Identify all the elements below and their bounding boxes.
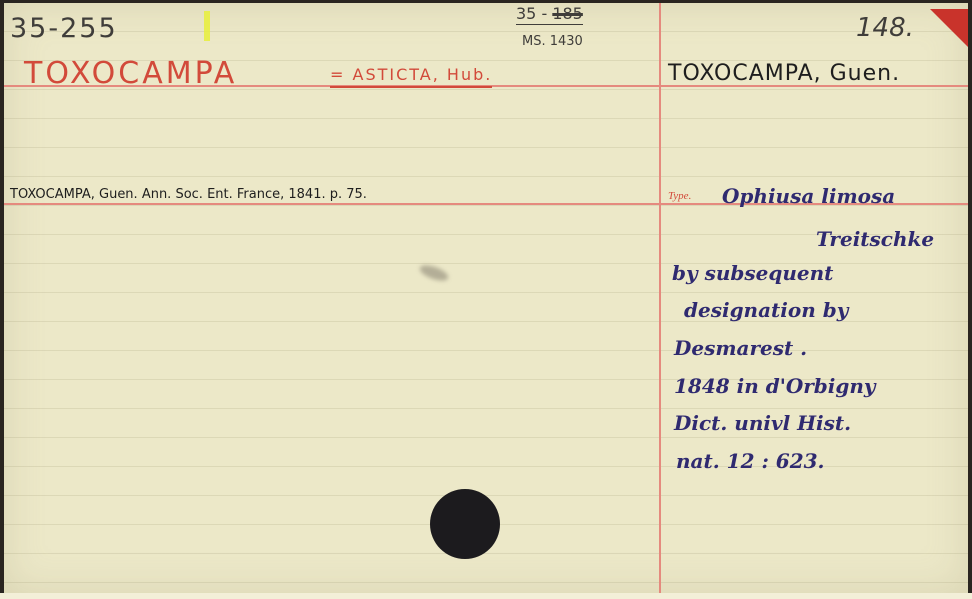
- reference-prefix: 35 -: [516, 4, 547, 23]
- type-line-2: Treitschke: [816, 229, 934, 249]
- type-line-7: Dict. univl Hist.: [674, 413, 851, 433]
- reference-struck-value: 185: [552, 4, 583, 23]
- synonym-text: = ASTICTA, Hub.: [330, 67, 492, 88]
- catalog-number: 35-255: [10, 15, 118, 42]
- citation: TOXOCAMPA, Guen. Ann. Soc. Ent. France, …: [10, 188, 367, 201]
- genus-heading: TOXOCAMPA: [24, 59, 237, 89]
- column-divider-line: [659, 3, 661, 593]
- reference-bottom: MS. 1430: [522, 35, 583, 48]
- punch-hole: [430, 489, 500, 559]
- card-number: 148.: [856, 15, 914, 41]
- type-label: Type.: [668, 191, 691, 202]
- reference-top: 35 - 185: [516, 6, 583, 25]
- index-card: 35-255 35 - 185 MS. 1430 148. TOXOCAMPA …: [4, 3, 968, 593]
- type-line-8: nat. 12 : 623.: [676, 451, 825, 471]
- type-line-4: designation by: [684, 300, 848, 320]
- ink-smudge: [418, 262, 450, 284]
- right-heading: TOXOCAMPA, Guen.: [668, 63, 900, 85]
- card-bottom-edge: [0, 593, 972, 599]
- red-corner-tag: [930, 9, 968, 49]
- yellow-highlight-mark: [204, 11, 210, 41]
- type-line-5: Desmarest .: [674, 338, 807, 358]
- type-line-6: 1848 in d'Orbigny: [674, 376, 876, 396]
- type-line-1: Ophiusa limosa: [722, 186, 895, 206]
- type-line-3: by subsequent: [672, 263, 833, 283]
